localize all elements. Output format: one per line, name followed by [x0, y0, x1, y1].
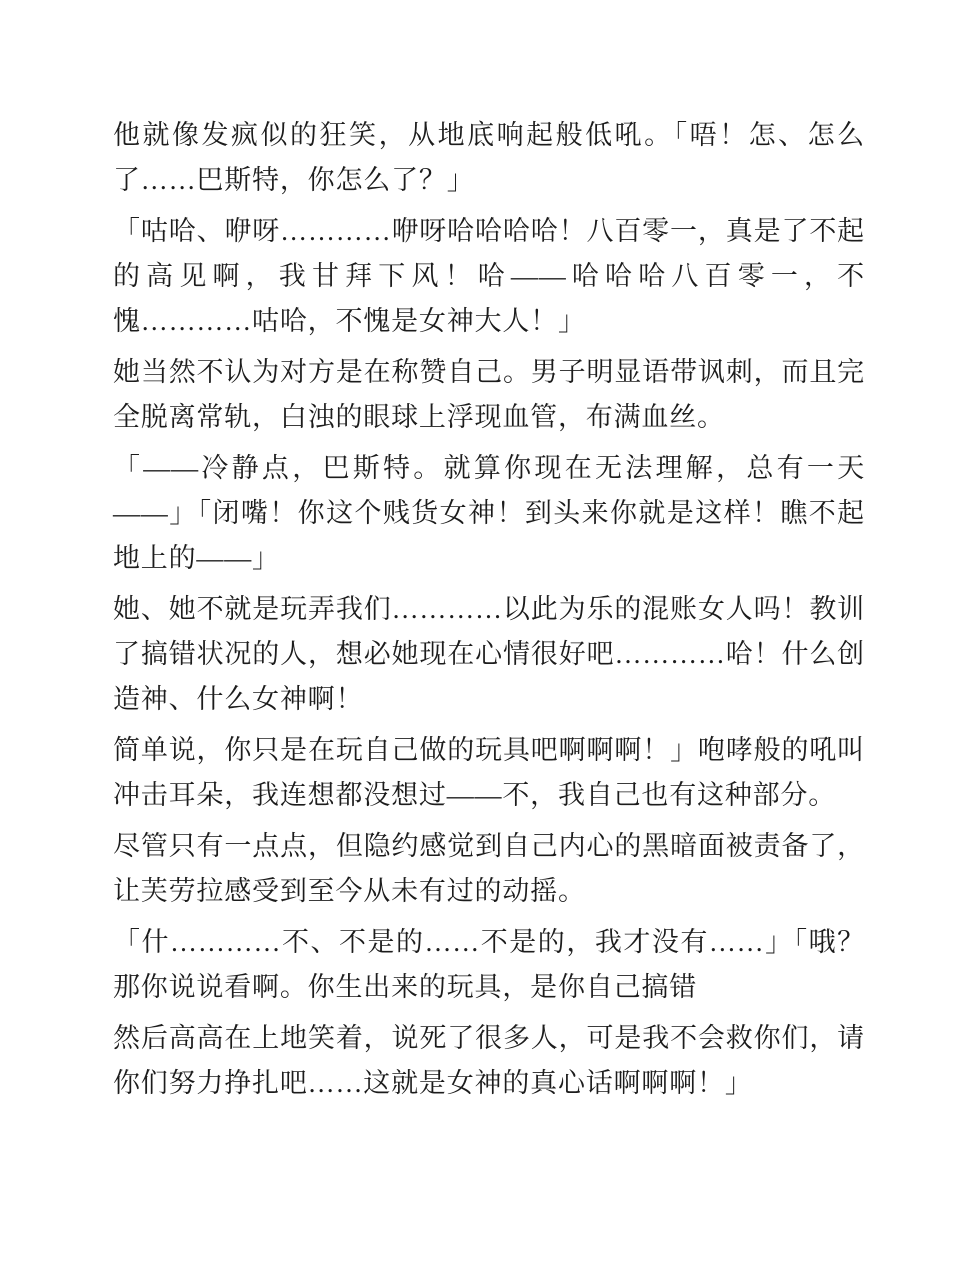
- paragraph-2: 「咕哈、咿呀…………咿呀哈哈哈哈！八百零一，真是了不起的高见啊，我甘拜下风！哈—…: [113, 209, 865, 344]
- paragraph-3: 她当然不认为对方是在称赞自己。男子明显语带讽刺，而且完全脱离常轨，白浊的眼球上浮…: [113, 350, 865, 440]
- paragraph-1: 他就像发疯似的狂笑，从地底响起般低吼。「唔！怎、怎么了……巴斯特，你怎么了？」: [113, 113, 865, 203]
- paragraph-5: 她、她不就是玩弄我们…………以此为乐的混账女人吗！教训了搞错状况的人，想必她现在…: [113, 587, 865, 722]
- document-page: 他就像发疯似的狂笑，从地底响起般低吼。「唔！怎、怎么了……巴斯特，你怎么了？」 …: [0, 0, 979, 1268]
- paragraph-6: 简单说，你只是在玩自己做的玩具吧啊啊啊！」咆哮般的吼叫冲击耳朵，我连想都没想过—…: [113, 728, 865, 818]
- paragraph-8: 「什…………不、不是的……不是的，我才没有……」「哦？那你说说看啊。你生出来的玩…: [113, 920, 865, 1010]
- paragraph-4: 「——冷静点，巴斯特。就算你现在无法理解，总有一天——」「闭嘴！你这个贱货女神！…: [113, 446, 865, 581]
- paragraph-7: 尽管只有一点点，但隐约感觉到自己内心的黑暗面被责备了，让芙劳拉感受到至今从未有过…: [113, 824, 865, 914]
- text-block: 他就像发疯似的狂笑，从地底响起般低吼。「唔！怎、怎么了……巴斯特，你怎么了？」 …: [113, 113, 865, 1106]
- paragraph-9: 然后高高在上地笑着，说死了很多人，可是我不会救你们，请你们努力挣扎吧……这就是女…: [113, 1016, 865, 1106]
